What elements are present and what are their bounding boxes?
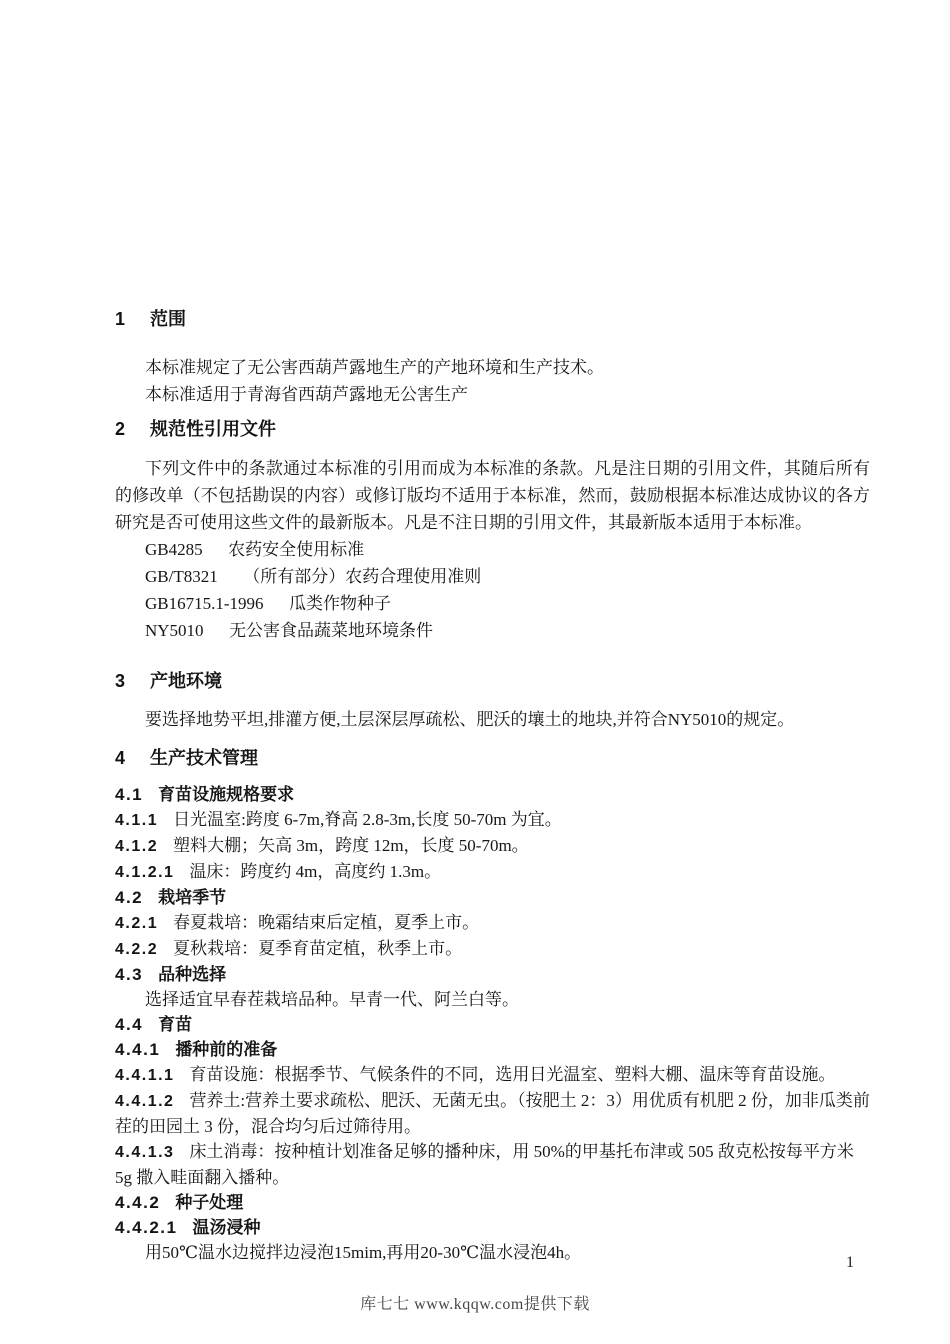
subsection-heading-4-4: 4.4育苗 xyxy=(115,1012,870,1037)
clause-text: 塑料大棚；矢高 3m，跨度 12m，长度 50-70m。 xyxy=(173,836,529,855)
section-title: 生产技术管理 xyxy=(150,748,258,768)
clause-number: 4.4.1.2 xyxy=(115,1093,174,1110)
subsection-number: 4.4 xyxy=(115,1012,143,1037)
clause-number: 4.2.2 xyxy=(115,941,158,958)
clause-4-1-2-1: 4.1.2.1温床：跨度约 4m，高度约 1.3m。 xyxy=(115,859,870,885)
subsection-heading-4-1: 4.1育苗设施规格要求 xyxy=(115,782,870,807)
clause-text: 日光温室:跨度 6-7m,脊高 2.8-3m,长度 50-70m 为宜。 xyxy=(173,810,562,829)
subsection-number: 4.4.2.1 xyxy=(115,1215,178,1240)
reference-code: GB/T8321 xyxy=(145,567,218,586)
clause-text: 温床：跨度约 4m，高度约 1.3m。 xyxy=(189,862,441,881)
subsection-title: 栽培季节 xyxy=(158,888,226,907)
reference-code: NY5010 xyxy=(145,621,204,640)
clause-4-4-1-2: 4.4.1.2营养土:营养土要求疏松、肥沃、无菌无虫。（按肥土 2：3）用优质有… xyxy=(115,1088,870,1139)
section-heading-1: 1范围 xyxy=(115,306,870,332)
paragraph: 下列文件中的条款通过本标准的引用而成为本标准的条款。凡是注日期的引用文件，其随后… xyxy=(115,455,870,536)
clause-4-4-1-3: 4.4.1.3床土消毒：按种植计划准备足够的播种床，用 50%的甲基托布津或 5… xyxy=(115,1139,870,1190)
paragraph: 要选择地势平坦,排灌方便,土层深层厚疏松、肥沃的壤土的地块,并符合NY5010的… xyxy=(115,706,870,733)
section-heading-2: 2规范性引用文件 xyxy=(115,416,870,442)
subsection-title: 育苗 xyxy=(158,1015,192,1034)
reference-code: GB16715.1-1996 xyxy=(145,594,264,613)
section-number: 4 xyxy=(115,745,126,771)
subsection-heading-4-4-2-1: 4.4.2.1温汤浸种 xyxy=(115,1215,870,1240)
reference-title: 农药安全使用标准 xyxy=(228,540,364,559)
footer-watermark: 库七七 www.kqqw.com提供下载 xyxy=(0,1291,950,1314)
paragraph: 用50℃温水边搅拌边浸泡15mim,再用20-30℃温水浸泡4h。 xyxy=(115,1240,870,1265)
subsection-number: 4.3 xyxy=(115,962,143,987)
reference-code: GB4285 xyxy=(145,540,203,559)
section-title: 范围 xyxy=(150,309,186,329)
reference-item: GB4285农药安全使用标准 xyxy=(145,536,870,563)
reference-item: NY5010无公害食品蔬菜地环境条件 xyxy=(145,617,870,644)
subsection-heading-4-2: 4.2栽培季节 xyxy=(115,885,870,910)
clause-text: 春夏栽培：晚霜结束后定植，夏季上市。 xyxy=(173,913,479,932)
document-page: 1范围 本标准规定了无公害西葫芦露地生产的产地环境和生产技术。 本标准适用于青海… xyxy=(115,306,870,1265)
subsection-number: 4.2 xyxy=(115,885,143,910)
paragraph: 选择适宜早春茬栽培品种。早青一代、阿兰白等。 xyxy=(115,987,870,1012)
clause-4-4-1-1: 4.4.1.1育苗设施：根据季节、气候条件的不同，选用日光温室、塑料大棚、温床等… xyxy=(115,1062,870,1088)
section-number: 2 xyxy=(115,416,126,442)
reference-title: （所有部分）农药合理使用准则 xyxy=(243,567,481,586)
clause-4-2-2: 4.2.2夏秋栽培：夏季育苗定植，秋季上市。 xyxy=(115,936,870,962)
subsection-heading-4-4-1: 4.4.1播种前的准备 xyxy=(115,1037,870,1062)
subsection-number: 4.1 xyxy=(115,782,143,807)
clause-4-1-1: 4.1.1日光温室:跨度 6-7m,脊高 2.8-3m,长度 50-70m 为宜… xyxy=(115,807,870,833)
paragraph: 本标准规定了无公害西葫芦露地生产的产地环境和生产技术。 xyxy=(115,354,870,381)
subsection-heading-4-4-2: 4.4.2种子处理 xyxy=(115,1190,870,1215)
section-title: 规范性引用文件 xyxy=(150,419,276,439)
subsection-number: 4.4.2 xyxy=(115,1190,160,1215)
clause-number: 4.4.1.1 xyxy=(115,1067,174,1084)
reference-item: GB/T8321（所有部分）农药合理使用准则 xyxy=(145,563,870,590)
section-number: 1 xyxy=(115,306,126,332)
clause-number: 4.1.2 xyxy=(115,838,158,855)
subsection-title: 育苗设施规格要求 xyxy=(158,785,294,804)
clause-text: 育苗设施：根据季节、气候条件的不同，选用日光温室、塑料大棚、温床等育苗设施。 xyxy=(189,1065,835,1084)
subsection-title: 温汤浸种 xyxy=(193,1218,261,1237)
subsection-title: 播种前的准备 xyxy=(175,1040,277,1059)
section-number: 3 xyxy=(115,668,126,694)
reference-title: 瓜类作物种子 xyxy=(289,594,391,613)
subsection-number: 4.4.1 xyxy=(115,1037,160,1062)
paragraph: 本标准适用于青海省西葫芦露地无公害生产 xyxy=(115,381,870,408)
section-title: 产地环境 xyxy=(150,671,222,691)
section-heading-3: 3产地环境 xyxy=(115,668,870,694)
clause-4-2-1: 4.2.1春夏栽培：晚霜结束后定植，夏季上市。 xyxy=(115,910,870,936)
reference-title: 无公害食品蔬菜地环境条件 xyxy=(229,621,433,640)
subsection-title: 种子处理 xyxy=(175,1193,243,1212)
clause-number: 4.1.1 xyxy=(115,812,158,829)
reference-item: GB16715.1-1996瓜类作物种子 xyxy=(145,590,870,617)
section-heading-4: 4生产技术管理 xyxy=(115,745,870,771)
clause-text: 夏秋栽培：夏季育苗定植，秋季上市。 xyxy=(173,939,462,958)
subsection-title: 品种选择 xyxy=(158,965,226,984)
clause-text: 床土消毒：按种植计划准备足够的播种床，用 50%的甲基托布津或 505 敌克松按… xyxy=(115,1142,854,1187)
clause-number: 4.4.1.3 xyxy=(115,1144,174,1161)
clause-text: 营养土:营养土要求疏松、肥沃、无菌无虫。（按肥土 2：3）用优质有机肥 2 份，… xyxy=(115,1091,870,1136)
page-number: 1 xyxy=(846,1254,854,1272)
subsection-heading-4-3: 4.3品种选择 xyxy=(115,962,870,987)
clause-4-1-2: 4.1.2塑料大棚；矢高 3m，跨度 12m，长度 50-70m。 xyxy=(115,833,870,859)
clause-number: 4.1.2.1 xyxy=(115,864,174,881)
clause-number: 4.2.1 xyxy=(115,915,158,932)
